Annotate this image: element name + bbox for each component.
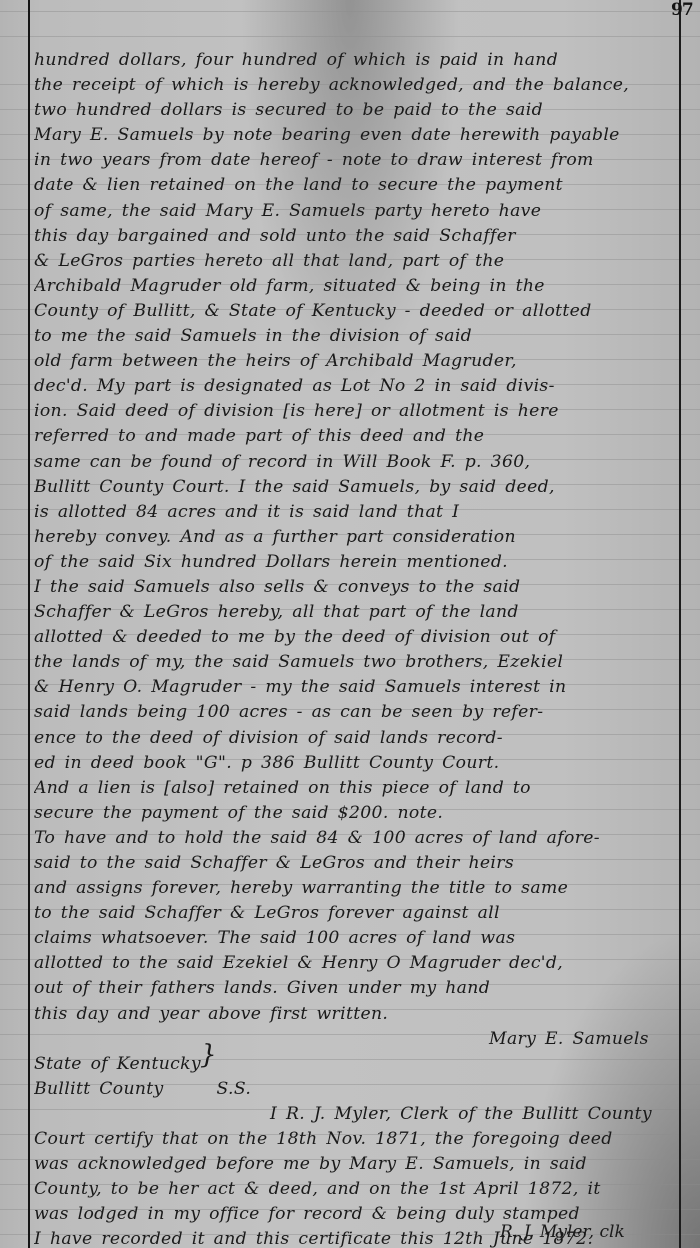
deed-line: two hundred dollars is secured to be pai… (34, 98, 674, 123)
deed-line: & Henry O. Magruder - my the said Samuel… (34, 675, 674, 700)
venue-county-line: Bullitt County S.S. (34, 1077, 674, 1102)
deed-line: Archibald Magruder old farm, situated & … (34, 274, 674, 299)
deed-body: hundred dollars, four hundred of which i… (34, 48, 674, 1248)
deed-line: referred to and made part of this deed a… (34, 424, 674, 449)
deed-line: old farm between the heirs of Archibald … (34, 349, 674, 374)
deed-line: this day bargained and sold unto the sai… (34, 224, 674, 249)
right-margin-rule (679, 0, 681, 1248)
deed-line: hundred dollars, four hundred of which i… (34, 48, 674, 73)
clerk-signature: R. J. Myler, clk (500, 1222, 625, 1242)
deed-line: ed in deed book "G". p 386 Bullitt Count… (34, 751, 674, 776)
deed-line: Bullitt County Court. I the said Samuels… (34, 475, 674, 500)
page-number: 97 (671, 0, 693, 20)
deed-line: And a lien is [also] retained on this pi… (34, 776, 674, 801)
deed-line: said lands being 100 acres - as can be s… (34, 700, 674, 725)
deed-line: dec'd. My part is designated as Lot No 2… (34, 374, 674, 399)
deed-line: Schaffer & LeGros hereby, all that part … (34, 600, 674, 625)
deed-line: the receipt of which is hereby acknowled… (34, 73, 674, 98)
certification-line: County, to be her act & deed, and on the… (34, 1177, 674, 1202)
deed-line: to me the said Samuels in the division o… (34, 324, 674, 349)
deed-line: date & lien retained on the land to secu… (34, 173, 674, 198)
deed-line: Mary E. Samuels by note bearing even dat… (34, 123, 674, 148)
deed-line: I the said Samuels also sells & conveys … (34, 575, 674, 600)
deed-line: this day and year above first written. (34, 1002, 674, 1027)
left-margin-rule (28, 0, 30, 1248)
deed-line: out of their fathers lands. Given under … (34, 976, 674, 1001)
deed-line: ence to the deed of division of said lan… (34, 726, 674, 751)
grantor-signature: Mary E. Samuels (34, 1027, 674, 1052)
deed-line: said to the said Schaffer & LeGros and t… (34, 851, 674, 876)
deed-line: in two years from date hereof - note to … (34, 148, 674, 173)
deed-line: claims whatsoever. The said 100 acres of… (34, 926, 674, 951)
deed-line: & LeGros parties hereto all that land, p… (34, 249, 674, 274)
ledger-page: 97 hundred dollars, four hundred of whic… (0, 0, 700, 1248)
deed-line: is allotted 84 acres and it is said land… (34, 500, 674, 525)
deed-line: of the said Six hundred Dollars herein m… (34, 550, 674, 575)
deed-line: same can be found of record in Will Book… (34, 450, 674, 475)
deed-line: the lands of my, the said Samuels two br… (34, 650, 674, 675)
venue-county: Bullitt County (34, 1079, 164, 1099)
deed-line: County of Bullitt, & State of Kentucky -… (34, 299, 674, 324)
venue-ss: S.S. (217, 1079, 252, 1099)
deed-line: of same, the said Mary E. Samuels party … (34, 199, 674, 224)
venue-brace-icon: } (200, 1040, 217, 1070)
certification-line: Court certify that on the 18th Nov. 1871… (34, 1127, 674, 1152)
certification-line: I R. J. Myler, Clerk of the Bullitt Coun… (34, 1102, 674, 1127)
deed-line: to the said Schaffer & LeGros forever ag… (34, 901, 674, 926)
deed-line: To have and to hold the said 84 & 100 ac… (34, 826, 674, 851)
deed-line: allotted to the said Ezekiel & Henry O M… (34, 951, 674, 976)
certification-line: was acknowledged before me by Mary E. Sa… (34, 1152, 674, 1177)
deed-line: and assigns forever, hereby warranting t… (34, 876, 674, 901)
venue-state: State of Kentucky (34, 1052, 674, 1077)
deed-line: allotted & deeded to me by the deed of d… (34, 625, 674, 650)
deed-line: secure the payment of the said $200. not… (34, 801, 674, 826)
deed-line: hereby convey. And as a further part con… (34, 525, 674, 550)
deed-line: ion. Said deed of division [is here] or … (34, 399, 674, 424)
